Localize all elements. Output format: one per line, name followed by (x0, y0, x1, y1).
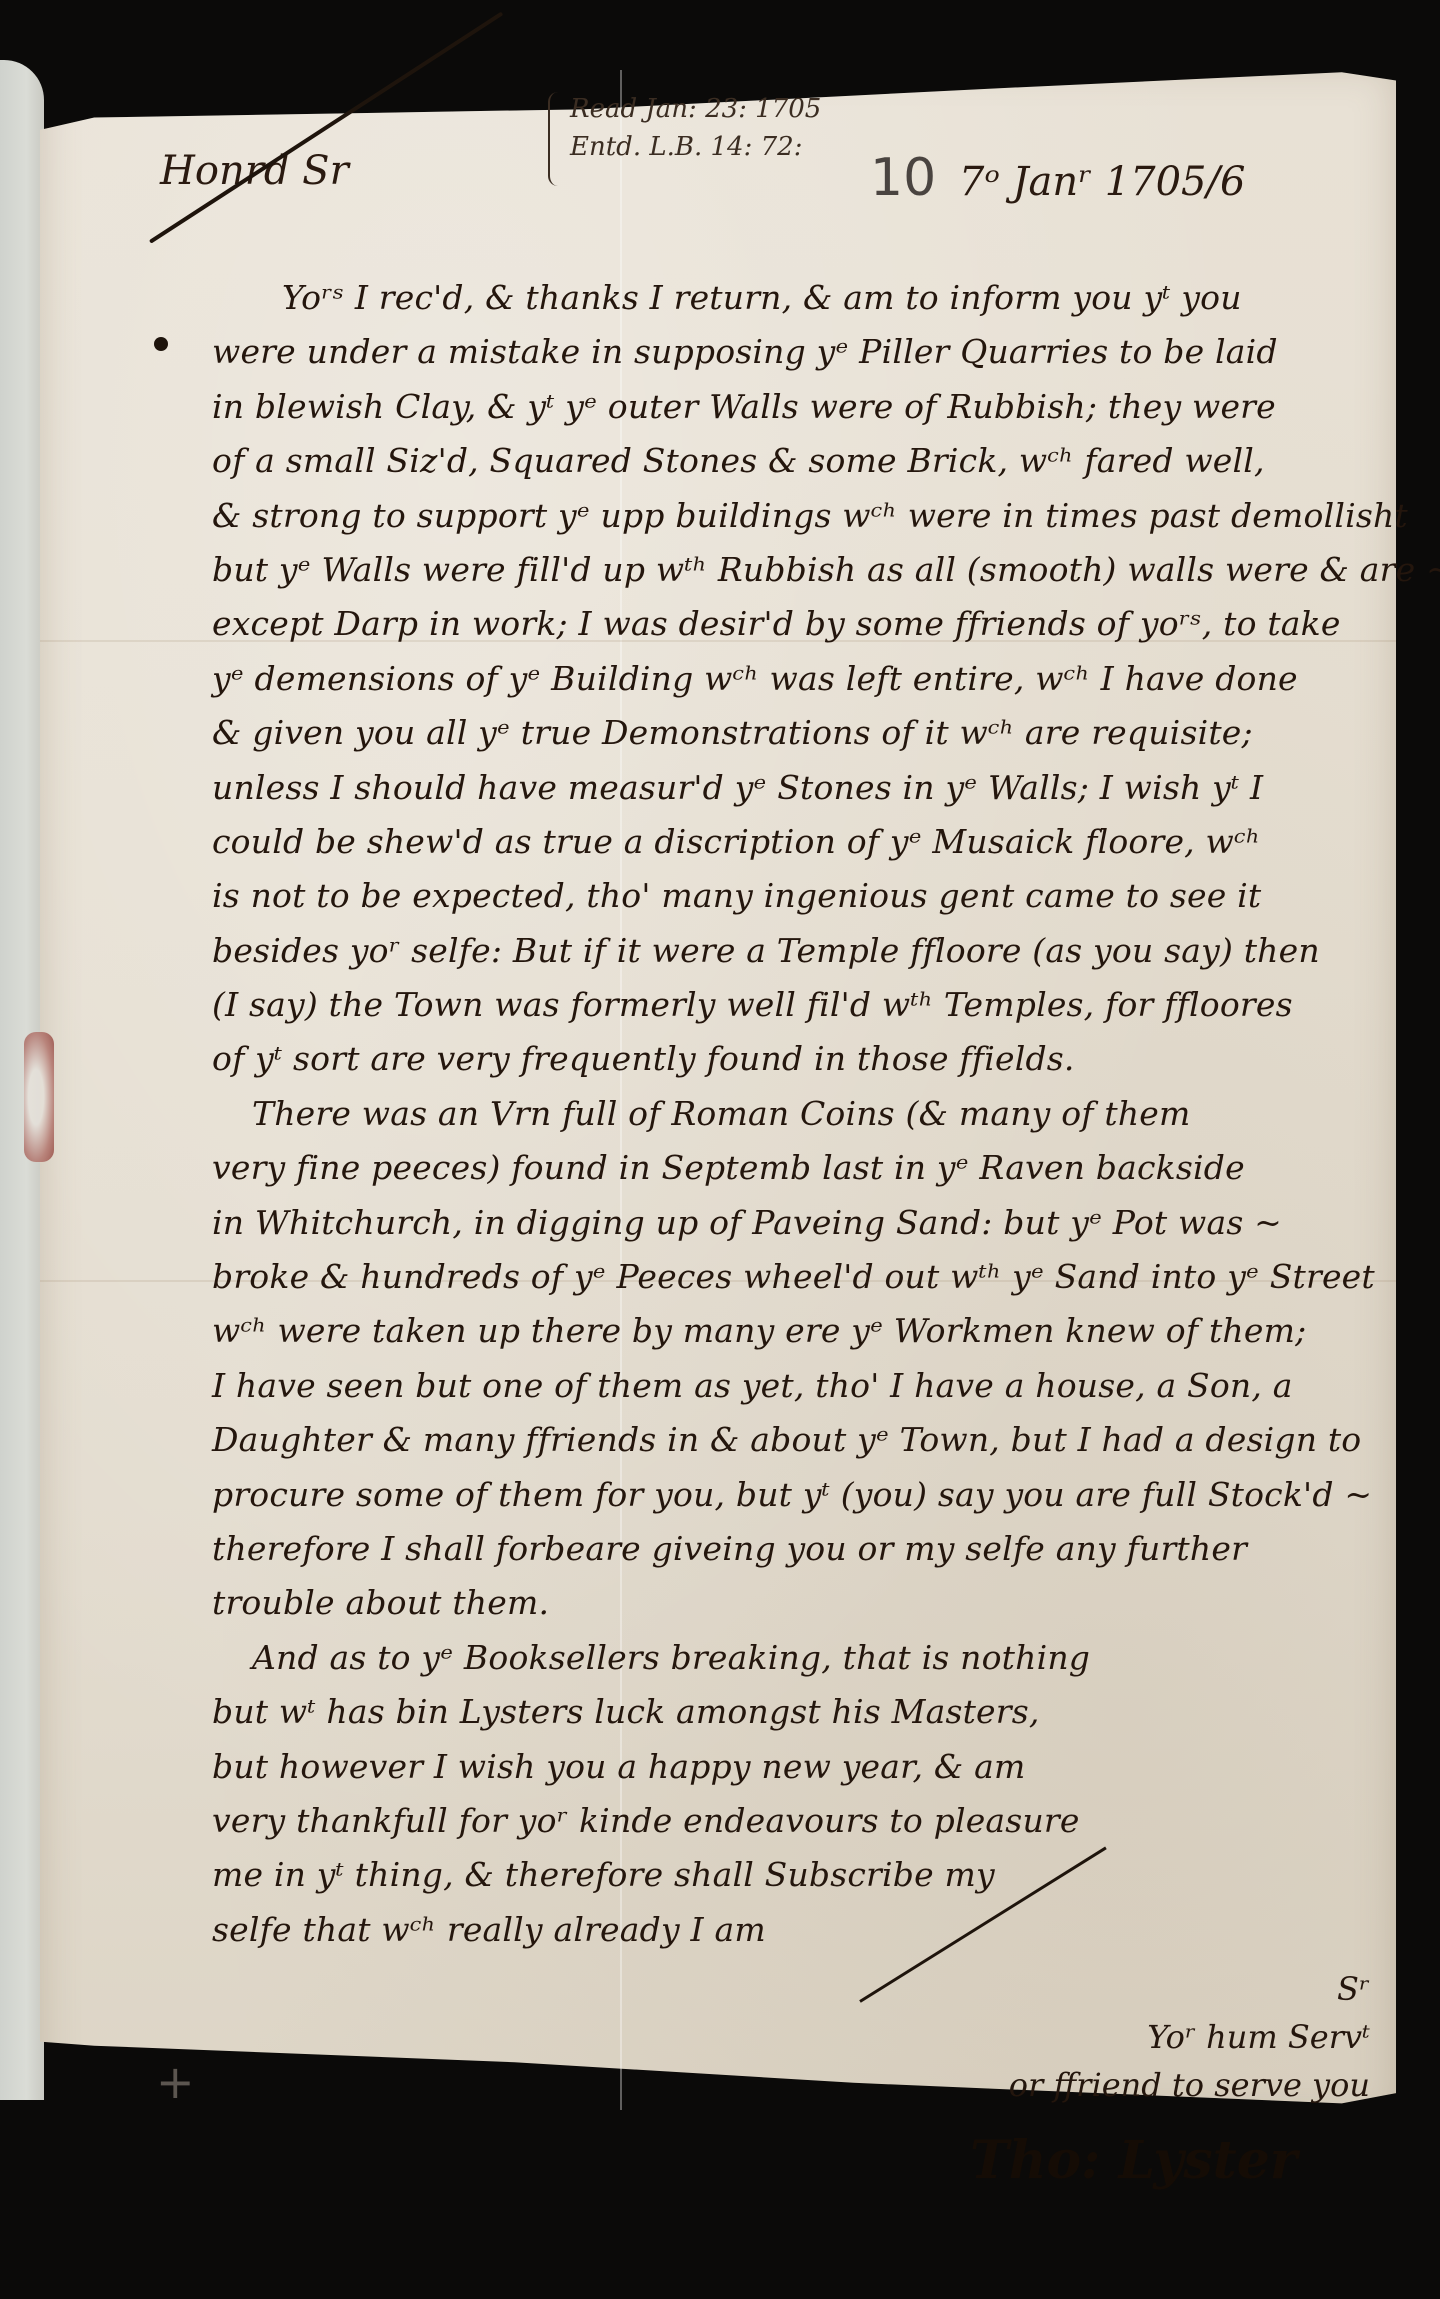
closing-sir: Sʳ (900, 1965, 1370, 2013)
body-line: but wᵗ has bin Lysters luck amongst his … (212, 1692, 1377, 1746)
body-line: in Whitchurch, in digging up of Paveing … (212, 1203, 1377, 1257)
ink-dot (154, 337, 168, 351)
body-line: selfe that wᶜʰ really already I am (212, 1910, 1377, 1964)
body-line: but however I wish you a happy new year,… (212, 1747, 1377, 1801)
body-line: in blewish Clay, & yᵗ yᵉ outer Walls wer… (212, 387, 1377, 441)
date-folio-number: 10 (870, 148, 936, 208)
body-line: & given you all yᵉ true Demonstrations o… (212, 713, 1377, 767)
body-line: And as to yᵉ Booksellers breaking, that … (212, 1638, 1377, 1692)
wax-seal-residue (24, 1032, 54, 1162)
signature: Tho: Lyster (970, 2130, 1297, 2191)
body-line: procure some of them for you, but yᵗ (yo… (212, 1475, 1377, 1529)
body-line: me in yᵗ thing, & therefore shall Subscr… (212, 1855, 1377, 1909)
closing-friend: or ffriend to serve you (900, 2061, 1370, 2109)
scan-background-bottom (0, 2230, 1440, 2299)
body-line: therefore I shall forbeare giveing you o… (212, 1529, 1377, 1583)
body-line: could be shew'd as true a discription of… (212, 822, 1377, 876)
body-line: very thankfull for yoʳ kinde endeavours … (212, 1801, 1377, 1855)
body-line: unless I should have measur'd yᵉ Stones … (212, 768, 1377, 822)
body-line: but yᵉ Walls were fill'd up wᵗʰ Rubbish … (212, 550, 1377, 604)
body-line: (I say) the Town was formerly well fil'd… (212, 985, 1377, 1039)
body-line: yᵉ demensions of yᵉ Building wᶜʰ was lef… (212, 659, 1377, 713)
letter-body: Yoʳˢ I rec'd, & thanks I return, & am to… (212, 278, 1377, 1964)
docket-read-date: Read Jan: 23: 1705 (570, 90, 821, 128)
body-line: except Darp in work; I was desir'd by so… (212, 604, 1377, 658)
docket-entry-ref: Entd. L.B. 14: 72: (570, 128, 821, 166)
body-line: besides yoʳ selfe: But if it were a Temp… (212, 931, 1377, 985)
docket-note: Read Jan: 23: 1705 Entd. L.B. 14: 72: (570, 90, 821, 166)
docket-brace (548, 92, 564, 186)
letter-date: 10 7ᵒ Janʳ 1705/6 (870, 148, 1245, 208)
margin-cross-mark: + (156, 2055, 195, 2109)
scan-background-top (0, 0, 1440, 70)
body-line: were under a mistake in supposing yᵉ Pil… (212, 332, 1377, 386)
body-line: of yᵗ sort are very frequently found in … (212, 1039, 1377, 1093)
body-line: Yoʳˢ I rec'd, & thanks I return, & am to… (212, 278, 1377, 332)
body-line: is not to be expected, tho' many ingenio… (212, 876, 1377, 930)
body-line: There was an Vrn full of Roman Coins (& … (212, 1094, 1377, 1148)
closing-servant: Yoʳ hum Servᵗ (900, 2013, 1370, 2061)
body-line: wᶜʰ were taken up there by many ere yᵉ W… (212, 1311, 1377, 1365)
body-line: very fine peeces) found in Septemb last … (212, 1148, 1377, 1202)
body-line: Daughter & many ffriends in & about yᵉ T… (212, 1420, 1377, 1474)
closing-block: Sʳ Yoʳ hum Servᵗ or ffriend to serve you (900, 1965, 1370, 2109)
body-line: trouble about them. (212, 1583, 1377, 1637)
body-line: I have seen but one of them as yet, tho'… (212, 1366, 1377, 1420)
body-line: & strong to support yᵉ upp buildings wᶜʰ… (212, 496, 1377, 550)
body-line: of a small Siz'd, Squared Stones & some … (212, 441, 1377, 495)
date-text: 7ᵒ Janʳ 1705/6 (959, 159, 1246, 205)
body-line: broke & hundreds of yᵉ Peeces wheel'd ou… (212, 1257, 1377, 1311)
